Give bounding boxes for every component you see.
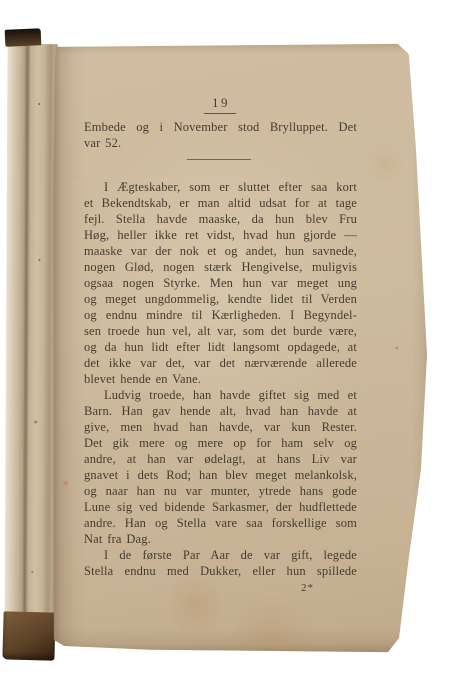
text-line: sen troede hun vel, alt var, som det bur… bbox=[84, 323, 357, 339]
spine-top-cap bbox=[5, 28, 42, 47]
paragraph: Ludvig troede, han havde giftet sig med … bbox=[84, 387, 357, 547]
text-line: og da hun lidt efter lidt langsomt opdag… bbox=[84, 339, 357, 355]
text-line: andre, at han var ødelagt, at hans Liv v… bbox=[84, 451, 357, 467]
text-line: Ludvig troede, han havde giftet sig med … bbox=[84, 387, 357, 403]
text-line: I Ægteskaber, som er sluttet efter saa k… bbox=[84, 179, 357, 195]
paragraph: I de første Par Aar de var gift, legedeS… bbox=[84, 547, 357, 579]
text-line: og meget ungdommelig, kendte lidet til V… bbox=[84, 291, 357, 307]
page-number: 19 bbox=[204, 95, 236, 114]
text-line: Nat fra Dag. bbox=[84, 531, 357, 547]
text-line: give, men hvad han havde, var kun Rester… bbox=[84, 419, 357, 435]
page-sections: Embede og i November stod Brylluppet. De… bbox=[84, 119, 357, 579]
book-spine-page-edges bbox=[4, 44, 57, 644]
text-line: Barn. Han gav hende alt, hvad han havde … bbox=[84, 403, 357, 419]
paragraph: Embede og i November stod Brylluppet. De… bbox=[84, 119, 357, 151]
text-line: det ikke var det, var det nærværende all… bbox=[84, 355, 357, 371]
text-line: I de første Par Aar de var gift, legede bbox=[84, 547, 357, 563]
paragraph: I Ægteskaber, som er sluttet efter saa k… bbox=[84, 179, 357, 387]
text-line: maaske var der nok et og andet, hun savn… bbox=[84, 243, 357, 259]
text-line: Embede og i November stod Brylluppet. De… bbox=[84, 119, 357, 135]
text-line: Stella endnu med Dukker, eller hun spill… bbox=[84, 563, 357, 579]
book-photo: 19 Embede og i November stod Brylluppet.… bbox=[0, 0, 452, 700]
text-column: 19 Embede og i November stod Brylluppet.… bbox=[84, 95, 357, 595]
text-line: og naar han nu var munter, ytrede hans g… bbox=[84, 483, 357, 499]
section-divider bbox=[187, 159, 251, 160]
text-line: gnavet i dets Rod; han blev meget melank… bbox=[84, 467, 357, 483]
text-line: andre. Han og Stella vare saa forskellig… bbox=[84, 515, 357, 531]
text-line: Høg, heller ikke ret vidst, hvad hun gjo… bbox=[84, 227, 357, 243]
text-line: Lune sig ved bidende Sarkasmer, der hudf… bbox=[84, 499, 357, 515]
text-line: Det gik mere og mere op for ham selv og bbox=[84, 435, 357, 451]
text-line: et Bekendtskab, er man altid udsat for a… bbox=[84, 195, 357, 211]
text-line: blevet hende en Vane. bbox=[84, 371, 357, 387]
book-page: 19 Embede og i November stod Brylluppet.… bbox=[52, 42, 430, 654]
board-bottom-corner bbox=[2, 611, 55, 660]
text-line: nogen Glød, nogen stærk Hengivelse, muli… bbox=[84, 259, 357, 275]
signature-mark: 2* bbox=[301, 582, 357, 595]
text-line: og endnu mindre til Kærligheden. I Begyn… bbox=[84, 307, 357, 323]
text-line: fejl. Stella havde maaske, da hun blev F… bbox=[84, 211, 357, 227]
page-header: 19 bbox=[84, 95, 357, 113]
text-line: ogsaa nogen Styrke. Men hun var meget un… bbox=[84, 275, 357, 291]
text-line: var 52. bbox=[84, 135, 357, 151]
